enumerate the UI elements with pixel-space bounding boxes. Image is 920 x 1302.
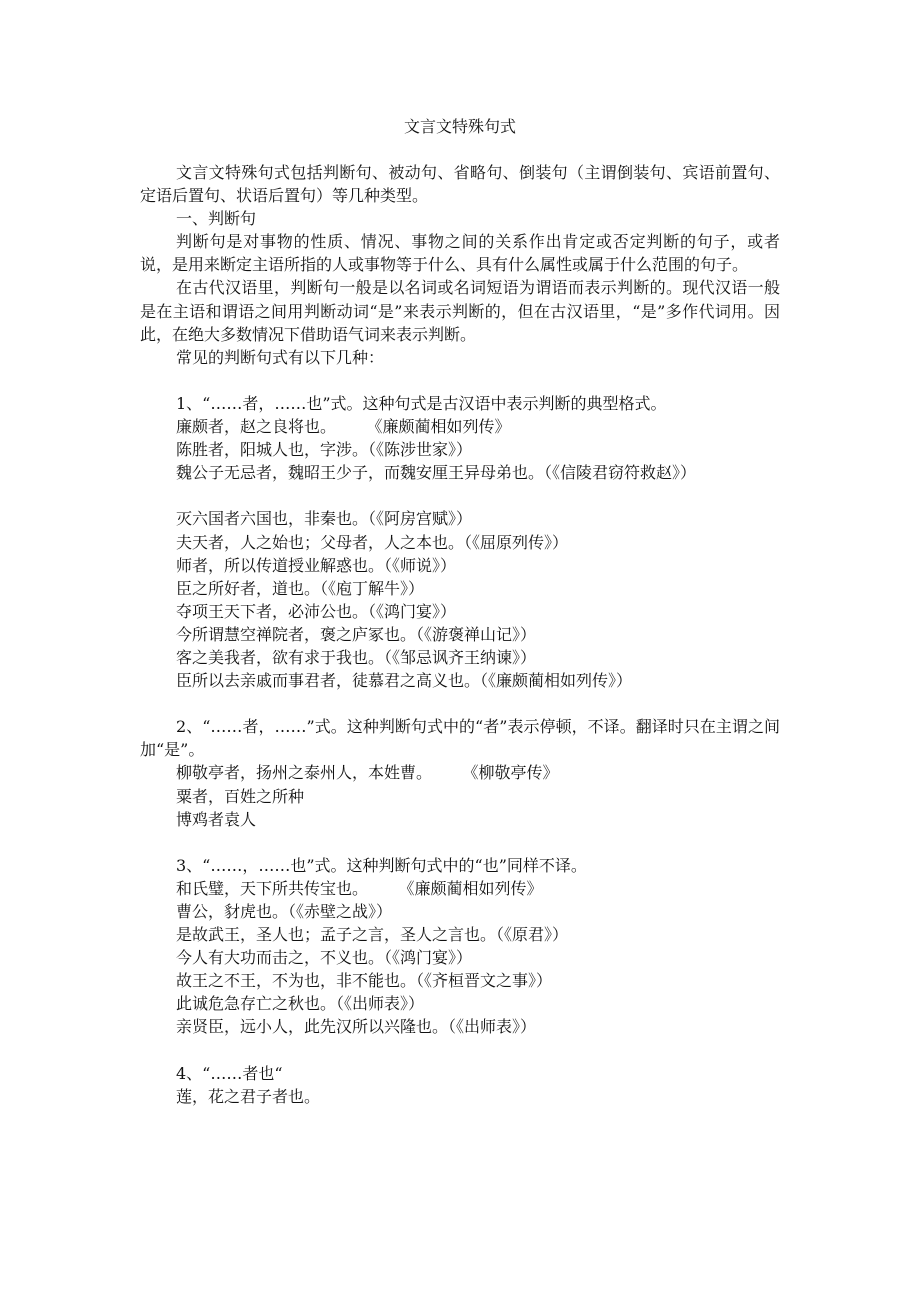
example-line: 柳敬亭者，扬州之泰州人，本姓曹。 《柳敬亭传》 [140, 761, 780, 784]
intro-paragraph: 文言文特殊句式包括判断句、被动句、省略句、倒装句（主谓倒装句、宾语前置句、定语后… [140, 161, 780, 207]
spacer [140, 369, 780, 392]
example-line: 今人有大功而击之，不义也。（《鸿门宴》） [140, 946, 780, 969]
example-line: 和氏璧，天下所共传宝也。 《廉颇蔺相如列传》 [140, 877, 780, 900]
spacer [140, 1039, 780, 1062]
document-body: 文言文特殊句式包括判断句、被动句、省略句、倒装句（主谓倒装句、宾语前置句、定语后… [140, 161, 780, 1108]
example-line: 博鸡者袁人 [140, 808, 780, 831]
section-heading: 一、判断句 [140, 207, 780, 230]
pattern-heading: 3、“……，……也”式。这种判断句式中的“也”同样不译。 [140, 854, 780, 877]
example-line: 夫天者，人之始也；父母者，人之本也。（《屈原列传》） [140, 531, 780, 554]
paragraph: 在古代汉语里，判断句一般是以名词或名词短语为谓语而表示判断的。现代汉语一般是在主… [140, 276, 780, 345]
example-line: 廉颇者，赵之良将也。 《廉颇蔺相如列传》 [140, 415, 780, 438]
example-line: 粟者，百姓之所种 [140, 785, 780, 808]
spacer [140, 692, 780, 715]
example-line: 客之美我者，欲有求于我也。（《邹忌讽齐王纳谏》） [140, 646, 780, 669]
example-line: 魏公子无忌者，魏昭王少子，而魏安厘王异母弟也。（《信陵君窃符救赵》） [140, 461, 780, 484]
example-line: 今所谓慧空禅院者，褒之庐冢也。（《游褒禅山记》） [140, 623, 780, 646]
example-line: 夺项王天下者，必沛公也。（《鸿门宴》） [140, 600, 780, 623]
document-title: 文言文特殊句式 [140, 115, 780, 138]
pattern-heading: 2、“……者，……”式。这种判断句式中的“者”表示停顿，不译。翻译时只在主谓之间… [140, 715, 780, 761]
example-line: 此诚危急存亡之秋也。（《出师表》） [140, 992, 780, 1015]
example-line: 灭六国者六国也，非秦也。（《阿房宫赋》） [140, 507, 780, 530]
example-line: 师者，所以传道授业解惑也。（《师说》） [140, 554, 780, 577]
example-line: 是故武王，圣人也；孟子之言，圣人之言也。（《原君》） [140, 923, 780, 946]
example-line: 亲贤臣，远小人，此先汉所以兴隆也。（《出师表》） [140, 1015, 780, 1038]
spacer [140, 484, 780, 507]
example-line: 陈胜者，阳城人也，字涉。（《陈涉世家》） [140, 438, 780, 461]
pattern-heading: 1、“……者，……也”式。这种句式是古汉语中表示判断的典型格式。 [140, 392, 780, 415]
pattern-heading: 4、“……者也“ [140, 1062, 780, 1085]
example-line: 莲，花之君子者也。 [140, 1085, 780, 1108]
paragraph: 判断句是对事物的性质、情况、事物之间的关系作出肯定或否定判断的句子，或者说，是用… [140, 230, 780, 276]
example-line: 故王之不王，不为也，非不能也。（《齐桓晋文之事》） [140, 969, 780, 992]
example-line: 臣之所好者，道也。（《庖丁解牛》） [140, 577, 780, 600]
example-line: 曹公，豺虎也。（《赤壁之战》） [140, 900, 780, 923]
spacer [140, 831, 780, 854]
paragraph: 常见的判断句式有以下几种： [140, 346, 780, 369]
example-line: 臣所以去亲戚而事君者，徒慕君之高义也。（《廉颇蔺相如列传》） [140, 669, 780, 692]
